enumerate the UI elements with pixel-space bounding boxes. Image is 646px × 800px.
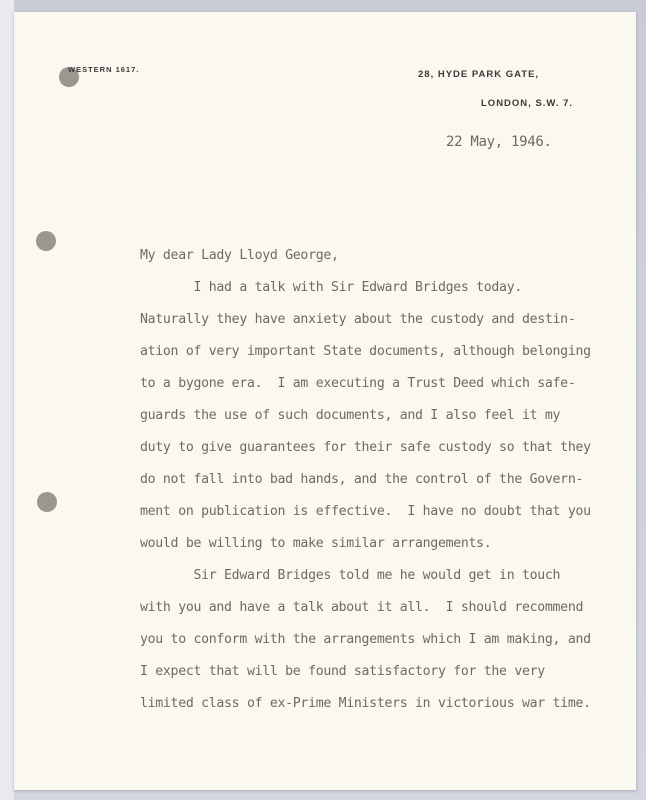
body-line: I had a talk with Sir Edward Bridges tod… <box>140 280 522 295</box>
letterhead-address-line2: LONDON, S.W. 7. <box>481 98 573 109</box>
body-line: would be willing to make similar arrange… <box>140 536 491 551</box>
letterhead-telephone: WESTERN 1617. <box>68 65 139 74</box>
punch-hole-middle <box>36 231 56 251</box>
body-line: ment on publication is effective. I have… <box>140 504 591 519</box>
body-line: limited class of ex-Prime Ministers in v… <box>140 696 591 711</box>
scan-left-edge <box>0 0 14 800</box>
body-line: duty to give guarantees for their safe c… <box>140 440 591 455</box>
letter-date: 22 May, 1946. <box>446 134 552 150</box>
body-line: Naturally they have anxiety about the cu… <box>140 312 575 327</box>
body-line: I expect that will be found satisfactory… <box>140 664 545 679</box>
body-line: guards the use of such documents, and I … <box>140 408 560 423</box>
body-line: Sir Edward Bridges told me he would get … <box>140 568 560 583</box>
body-line: ation of very important State documents,… <box>140 344 591 359</box>
salutation: My dear Lady Lloyd George, <box>140 248 339 263</box>
body-line: you to conform with the arrangements whi… <box>140 632 591 647</box>
punch-hole-bottom <box>37 492 57 512</box>
body-line: to a bygone era. I am executing a Trust … <box>140 376 575 391</box>
body-line: with you and have a talk about it all. I… <box>140 600 583 615</box>
body-line: do not fall into bad hands, and the cont… <box>140 472 583 487</box>
letterhead-address-line1: 28, HYDE PARK GATE, <box>418 69 539 80</box>
